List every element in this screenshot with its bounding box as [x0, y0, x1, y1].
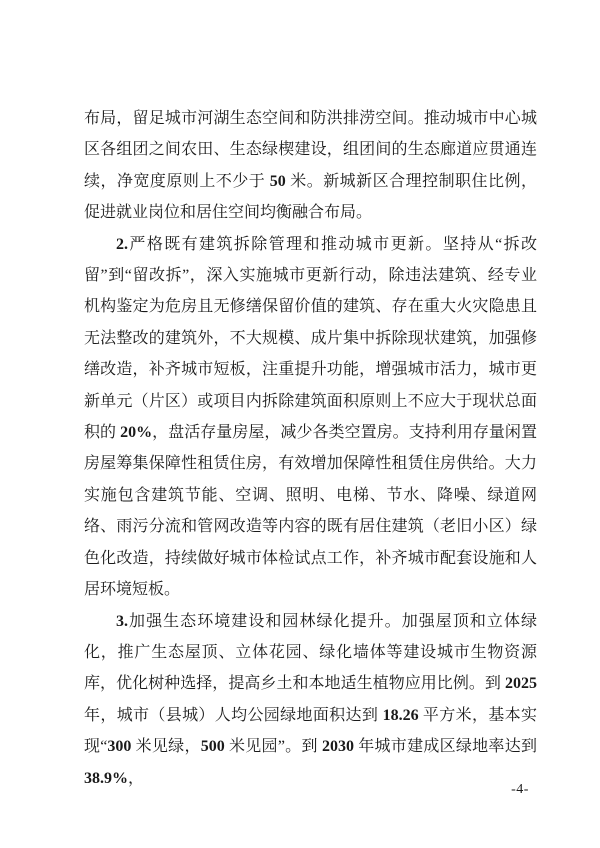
text-run: 年城市建成区绿地率达到 [354, 738, 537, 755]
bold-text-run: 20% [120, 424, 152, 441]
bold-text-run: 3. [116, 613, 128, 630]
bold-text-run: 2. [116, 236, 128, 253]
page-number: -4- [503, 782, 537, 798]
document-body: 布局，留足城市河湖生态空间和防洪排涝空间。推动城市中心城区各组团之间农田、生态绿… [84, 103, 537, 794]
bold-text-run: 50 [270, 173, 286, 190]
bold-text-run: 500 [201, 738, 225, 755]
bold-text-run: 300 [107, 738, 131, 755]
text-run: 米见园”。到 [225, 738, 322, 755]
paragraph: 3.加强生态环境建设和园林绿化提升。加强屋顶和立体绿化，推广生态屋顶、立体花园、… [84, 606, 537, 794]
bold-text-run: 2030 [322, 738, 354, 755]
document-page: 布局，留足城市河湖生态空间和防洪排涝空间。推动城市中心城区各组团之间农田、生态绿… [0, 0, 600, 848]
paragraph: 2.严格既有建筑拆除管理和推动城市更新。坚持从“拆改留”到“留改拆”，深入实施城… [84, 229, 537, 606]
text-run: ， [128, 770, 144, 787]
bold-text-run: 38.9% [84, 770, 128, 787]
bold-text-run: 2025 [505, 675, 537, 692]
text-run: 严格既有建筑拆除管理和推动城市更新。坚持从“拆改留”到“留改拆”，深入实施城市更… [84, 236, 537, 441]
bold-text-run: 18.26 [383, 707, 419, 724]
text-run: 米见绿， [131, 738, 200, 755]
text-run: 加强生态环境建设和园林绿化提升。加强屋顶和立体绿化，推广生态屋顶、立体花园、绿化… [84, 613, 537, 693]
paragraph: 布局，留足城市河湖生态空间和防洪排涝空间。推动城市中心城区各组团之间农田、生态绿… [84, 103, 537, 229]
text-run: ，盘活存量房屋，减少各类空置房。支持利用存量闲置房屋筹集保障性租赁住房，有效增加… [84, 424, 537, 598]
text-run: 年，城市（县城）人均公园绿地面积达到 [84, 707, 383, 724]
